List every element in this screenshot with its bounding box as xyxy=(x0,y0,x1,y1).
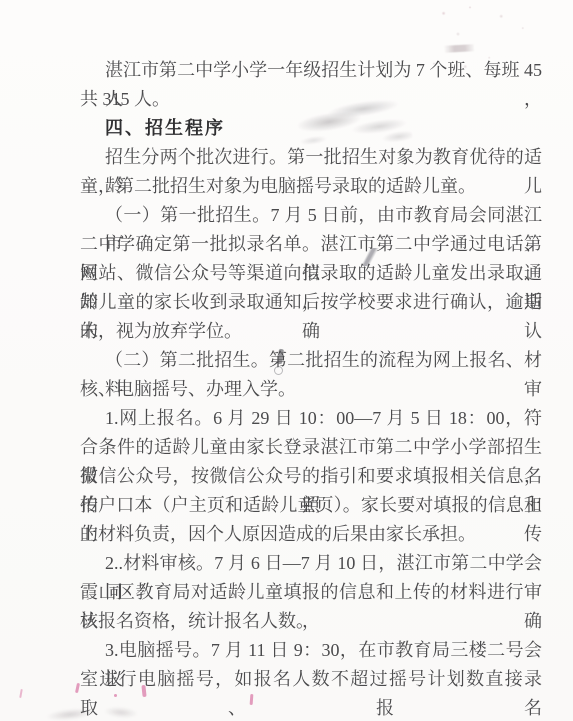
doc-line: （二）第二批招生。第二批招生的流程为网上报名、材料审 xyxy=(80,346,542,375)
gray-dash-stain xyxy=(444,44,474,53)
doc-line: 2..材料审核。7 月 6 日—7 月 10 日，湛江市第二中学会同 xyxy=(80,549,542,578)
doc-line: 招生分两个批次进行。第一批招生对象为教育优待的适龄儿 xyxy=(80,143,542,172)
pink-ink-speck xyxy=(19,689,23,698)
doc-line: 童，第二批招生对象为电脑摇号录取的适龄儿童。 xyxy=(80,172,542,201)
doc-line: 3.电脑摇号。7 月 11 日 9：30，在市教育局三楼二号会议 xyxy=(80,636,542,665)
doc-line: 传户口本（户主页和适龄儿童页）。家长要对填报的信息和上传 xyxy=(80,491,542,520)
doc-line: 1.网上报名。6 月 29 日 10：00—7 月 5 日 18：00，符 xyxy=(80,404,542,433)
doc-line: 龄儿童的家长收到录取通知后按学校要求进行确认，逾期未确认 xyxy=(80,288,542,317)
doc-line: 合条件的适龄儿童由家长登录湛江市第二中学小学部招生报名 xyxy=(80,433,542,462)
document-body-text: 湛江市第二中学小学一年级招生计划为 7 个班、每班 45 人， 共 315 人。… xyxy=(80,56,542,694)
doc-line: 湛江市第二中学小学一年级招生计划为 7 个班、每班 45 人， xyxy=(80,56,542,85)
doc-line: 网站、微信公众号等渠道向拟录取的适龄儿童发出录取通知，适 xyxy=(80,259,542,288)
section-heading: 四、招生程序 xyxy=(80,114,542,143)
scanned-document-page: 湛江市第二中学小学一年级招生计划为 7 个班、每班 45 人， 共 315 人。… xyxy=(0,0,573,721)
doc-line: 二中学确定第一批拟录名单。湛江市第二中学通过电话、短信、 xyxy=(80,230,542,259)
doc-line: 室进行电脑摇号，如报名人数不超过摇号计划数直接录取、报名 xyxy=(80,665,542,694)
doc-line: 霞山区教育局对适龄儿童填报的信息和上传的材料进行审核，确 xyxy=(80,578,542,607)
doc-line: 的材料负责，因个人原因造成的后果由家长承担。 xyxy=(80,520,542,549)
doc-line: 微信公众号，按微信公众号的指引和要求填报相关信息，拍照上 xyxy=(80,462,542,491)
doc-line: （一）第一批招生。7 月 5 日前，由市教育局会同湛江市第 xyxy=(80,201,542,230)
